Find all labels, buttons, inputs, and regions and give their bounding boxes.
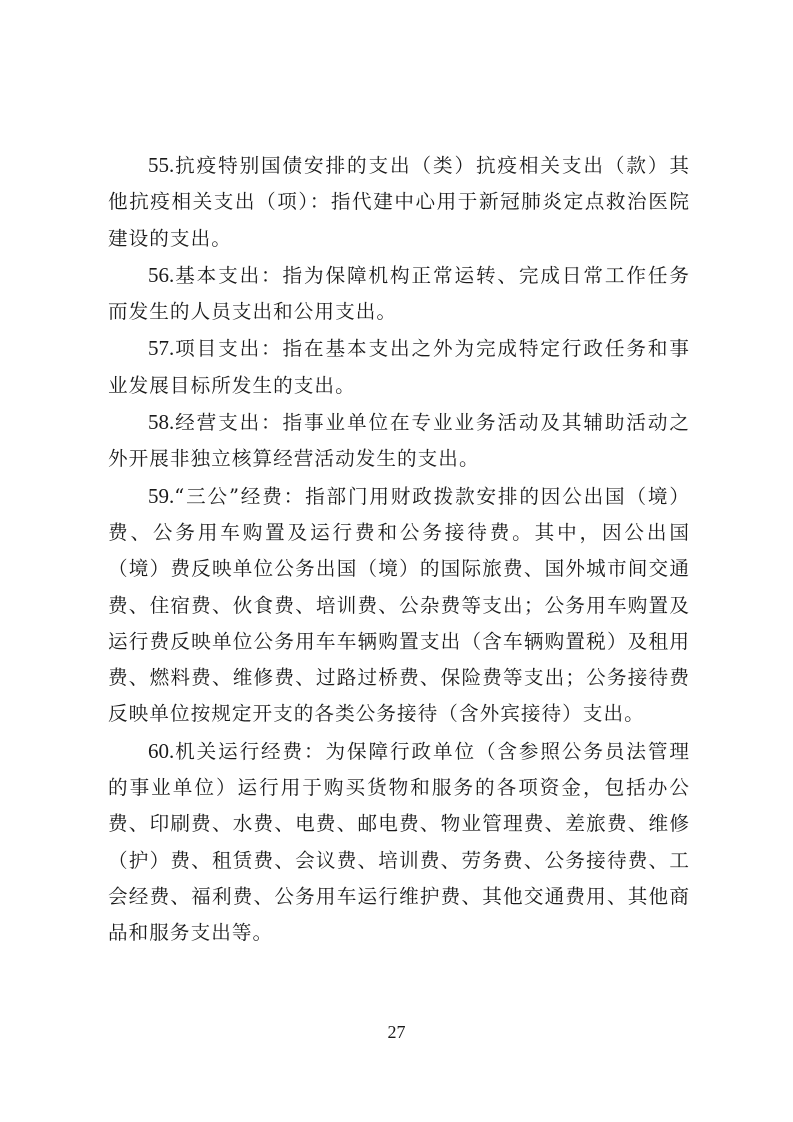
item-number: 59. [148,484,174,508]
paragraph-text: 基本支出：指为保障机构正常运转、完成日常工作任务而发生的人员支出和公用支出。 [108,264,690,323]
document-body: 55.抗疫特别国债安排的支出（类）抗疫相关支出（款）其他抗疫相关支出（项）：指代… [108,147,690,952]
paragraph-55: 55.抗疫特别国债安排的支出（类）抗疫相关支出（款）其他抗疫相关支出（项）：指代… [108,147,690,257]
paragraph-text: 项目支出：指在基本支出之外为完成特定行政任务和事业发展目标所发生的支出。 [108,337,690,396]
paragraph-57: 57.项目支出：指在基本支出之外为完成特定行政任务和事业发展目标所发生的支出。 [108,330,690,404]
paragraph-text: “三公”经费：指部门用财政拨款安排的因公出国（境）费、公务用车购置及运行费和公务… [108,485,690,726]
paragraph-58: 58.经营支出：指事业单位在专业业务活动及其辅助活动之外开展非独立核算经营活动发… [108,404,690,478]
paragraph-text: 抗疫特别国债安排的支出（类）抗疫相关支出（款）其他抗疫相关支出（项）：指代建中心… [108,154,690,250]
item-number: 60. [148,739,174,763]
item-number: 56. [148,263,174,287]
item-number: 55. [148,153,174,177]
paragraph-text: 机关运行经费：为保障行政单位（含参照公务员法管理的事业单位）运行用于购买货物和服… [108,740,690,944]
paragraph-text: 经营支出：指事业单位在专业业务活动及其辅助活动之外开展非独立核算经营活动发生的支… [108,411,690,470]
paragraph-60: 60.机关运行经费：为保障行政单位（含参照公务员法管理的事业单位）运行用于购买货… [108,733,690,952]
item-number: 58. [148,410,174,434]
paragraph-59: 59.“三公”经费：指部门用财政拨款安排的因公出国（境）费、公务用车购置及运行费… [108,478,690,733]
item-number: 57. [148,336,174,360]
page-number: 27 [0,1022,793,1043]
paragraph-56: 56.基本支出：指为保障机构正常运转、完成日常工作任务而发生的人员支出和公用支出… [108,257,690,331]
